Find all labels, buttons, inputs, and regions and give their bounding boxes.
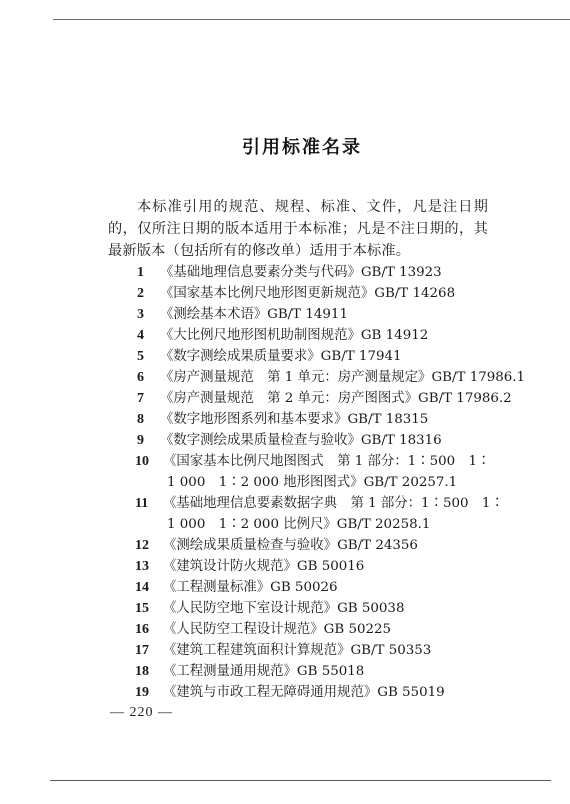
reference-text: 《数字测绘成果质量要求》GB/T 17941 [160, 346, 490, 367]
header-rule [53, 19, 570, 20]
reference-text: 《人民防空工程设计规范》GB 50225 [163, 619, 490, 640]
reference-item: 18 《工程测量通用规范》GB 55018 [108, 661, 490, 682]
reference-item: 16 《人民防空工程设计规范》GB 50225 [108, 619, 490, 640]
reference-text: 《测绘基本术语》GB/T 14911 [160, 304, 490, 325]
reference-item: 2 《国家基本比例尺地形图更新规范》GB/T 14268 [108, 283, 490, 304]
reference-text: 《基础地理信息要素数据字典 第 1 部分：1∶500 1∶ [163, 493, 490, 514]
footer-rule [50, 780, 551, 781]
reference-item: 14 《工程测量标准》GB 50026 [108, 577, 490, 598]
reference-list: 1 《基础地理信息要素分类与代码》GB/T 13923 2 《国家基本比例尺地形… [108, 262, 490, 703]
reference-number: 15 [135, 598, 157, 619]
reference-item: 11 《基础地理信息要素数据字典 第 1 部分：1∶500 1∶ 1 000 1… [108, 493, 490, 535]
reference-number: 7 [137, 388, 159, 409]
reference-number: 19 [135, 682, 157, 703]
reference-item: 19 《建筑与市政工程无障碍通用规范》GB 55019 [108, 682, 490, 703]
reference-number: 9 [137, 430, 159, 451]
reference-text: 《人民防空地下室设计规范》GB 50038 [163, 598, 490, 619]
reference-number: 17 [135, 640, 157, 661]
reference-item: 5 《数字测绘成果质量要求》GB/T 17941 [108, 346, 490, 367]
reference-text: 《工程测量标准》GB 50026 [163, 577, 490, 598]
reference-item: 17 《建筑工程建筑面积计算规范》GB/T 50353 [108, 640, 490, 661]
reference-text: 《国家基本比例尺地图图式 第 1 部分：1∶500 1∶ [163, 451, 490, 472]
reference-item: 9 《数字测绘成果质量检查与验收》GB/T 18316 [108, 430, 490, 451]
reference-item: 15 《人民防空地下室设计规范》GB 50038 [108, 598, 490, 619]
reference-item: 1 《基础地理信息要素分类与代码》GB/T 13923 [108, 262, 490, 283]
reference-item: 13 《建筑设计防火规范》GB 50016 [108, 556, 490, 577]
reference-text: 《数字地形图系列和基本要求》GB/T 18315 [160, 409, 490, 430]
reference-text: 《建筑与市政工程无障碍通用规范》GB 55019 [163, 682, 490, 703]
reference-number: 4 [137, 325, 159, 346]
reference-number: 3 [137, 304, 159, 325]
reference-text: 《测绘成果质量检查与验收》GB/T 24356 [163, 535, 490, 556]
reference-number: 10 [135, 451, 157, 472]
reference-number: 6 [137, 367, 159, 388]
reference-number: 14 [135, 577, 157, 598]
reference-text: 《房产测量规范 第 2 单元：房产图图式》GB/T 17986.2 [160, 388, 490, 409]
reference-item: 12 《测绘成果质量检查与验收》GB/T 24356 [108, 535, 490, 556]
reference-number: 13 [135, 556, 157, 577]
reference-text: 《数字测绘成果质量检查与验收》GB/T 18316 [160, 430, 490, 451]
reference-item: 8 《数字地形图系列和基本要求》GB/T 18315 [108, 409, 490, 430]
page-title: 引用标准名录 [0, 136, 570, 160]
reference-item: 10 《国家基本比例尺地图图式 第 1 部分：1∶500 1∶ 1 000 1∶… [108, 451, 490, 493]
reference-text: 《建筑工程建筑面积计算规范》GB/T 50353 [163, 640, 490, 661]
intro-paragraph: 本标准引用的规范、规程、标准、文件，凡是注日期的，仅所注日期的版本适用于本标准；… [108, 196, 488, 262]
reference-text-continued: 1 000 1∶2 000 比例尺》GB/T 20258.1 [163, 514, 490, 535]
reference-text: 《建筑设计防火规范》GB 50016 [163, 556, 490, 577]
reference-item: 6 《房产测量规范 第 1 单元：房产测量规定》GB/T 17986.1 [108, 367, 490, 388]
reference-number: 2 [137, 283, 159, 304]
reference-number: 16 [135, 619, 157, 640]
reference-item: 7 《房产测量规范 第 2 单元：房产图图式》GB/T 17986.2 [108, 388, 490, 409]
reference-text-continued: 1 000 1∶2 000 地形图图式》GB/T 20257.1 [163, 472, 490, 493]
reference-number: 5 [137, 346, 159, 367]
reference-text: 《基础地理信息要素分类与代码》GB/T 13923 [160, 262, 490, 283]
reference-number: 12 [135, 535, 157, 556]
page-number: — 220 — [110, 703, 173, 723]
reference-item: 3 《测绘基本术语》GB/T 14911 [108, 304, 490, 325]
reference-number: 1 [137, 262, 159, 283]
reference-text: 《大比例尺地形图机助制图规范》GB 14912 [160, 325, 490, 346]
reference-number: 11 [135, 493, 157, 514]
reference-number: 18 [135, 661, 157, 682]
reference-item: 4 《大比例尺地形图机助制图规范》GB 14912 [108, 325, 490, 346]
reference-text: 《国家基本比例尺地形图更新规范》GB/T 14268 [160, 283, 490, 304]
reference-text: 《工程测量通用规范》GB 55018 [163, 661, 490, 682]
reference-text: 《房产测量规范 第 1 单元：房产测量规定》GB/T 17986.1 [160, 367, 490, 388]
reference-number: 8 [137, 409, 159, 430]
